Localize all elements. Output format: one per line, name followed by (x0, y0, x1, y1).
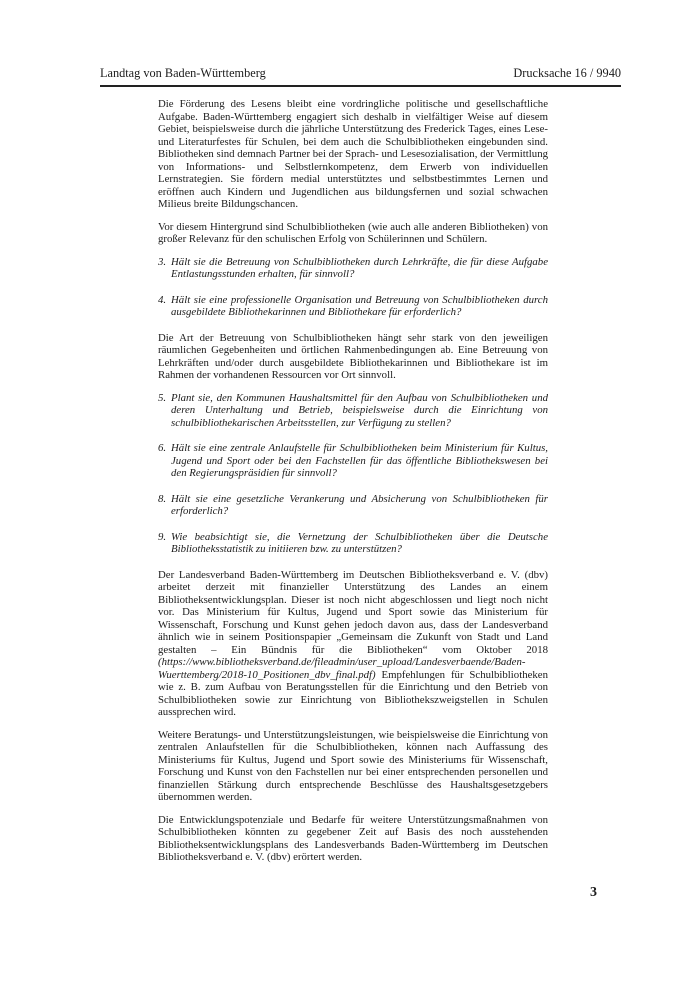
text-run: Die Entwicklungspotenziale und Bedarfe f… (158, 814, 548, 864)
document-page: Landtag von Baden-Württemberg Drucksache… (0, 0, 700, 990)
text-run: Weitere Beratungs- und Unterstützungslei… (158, 729, 548, 804)
question-text: Hält sie eine professionelle Organisatio… (171, 294, 548, 319)
body-paragraph: Weitere Beratungs- und Unterstützungslei… (158, 729, 548, 804)
question-number: 8. (158, 493, 171, 506)
text-run: Der Landesverband Baden-Württemberg im D… (158, 569, 548, 656)
body-paragraph: Der Landesverband Baden-Württemberg im D… (158, 569, 548, 719)
body-paragraph: Die Art der Betreuung von Schulbibliothe… (158, 332, 548, 382)
question-text: Wie beabsichtigt sie, die Vernetzung der… (171, 531, 548, 556)
text-run: Die Art der Betreuung von Schulbibliothe… (158, 332, 548, 382)
body-paragraph: Vor diesem Hintergrund sind Schulbibliot… (158, 221, 548, 246)
question-item: 9.Wie beabsichtigt sie, die Vernetzung d… (158, 531, 548, 556)
document-header: Landtag von Baden-Württemberg Drucksache… (100, 66, 621, 80)
question-number: 3. (158, 256, 171, 269)
question-item: 6.Hält sie eine zentrale Anlaufstelle fü… (158, 442, 548, 480)
text-run: Die Förderung des Lesens bleibt eine vor… (158, 98, 548, 210)
document-body: Die Förderung des Lesens bleibt eine vor… (158, 98, 548, 874)
question-text: Plant sie, den Kommunen Haushaltsmittel … (171, 392, 548, 429)
header-right-text: Drucksache 16 / 9940 (513, 66, 621, 80)
question-text: Hält sie eine gesetzliche Verankerung un… (171, 493, 548, 518)
body-paragraph: Die Entwicklungspotenziale und Bedarfe f… (158, 814, 548, 864)
question-number: 9. (158, 531, 171, 544)
body-paragraph: Die Förderung des Lesens bleibt eine vor… (158, 98, 548, 211)
question-number: 4. (158, 294, 171, 307)
header-left-text: Landtag von Baden-Württemberg (100, 66, 266, 80)
question-number: 5. (158, 392, 171, 405)
page-number: 3 (590, 885, 597, 900)
text-run: Vor diesem Hintergrund sind Schulbibliot… (158, 221, 548, 246)
header-rule (100, 85, 621, 87)
question-item: 5.Plant sie, den Kommunen Haushaltsmitte… (158, 392, 548, 430)
question-item: 8.Hält sie eine gesetzliche Verankerung … (158, 493, 548, 518)
question-text: Hält sie die Betreuung von Schulbiblioth… (171, 256, 548, 281)
question-item: 3.Hält sie die Betreuung von Schulbiblio… (158, 256, 548, 281)
question-number: 6. (158, 442, 171, 455)
question-item: 4.Hält sie eine professionelle Organisat… (158, 294, 548, 319)
question-text: Hält sie eine zentrale Anlaufstelle für … (171, 442, 548, 479)
